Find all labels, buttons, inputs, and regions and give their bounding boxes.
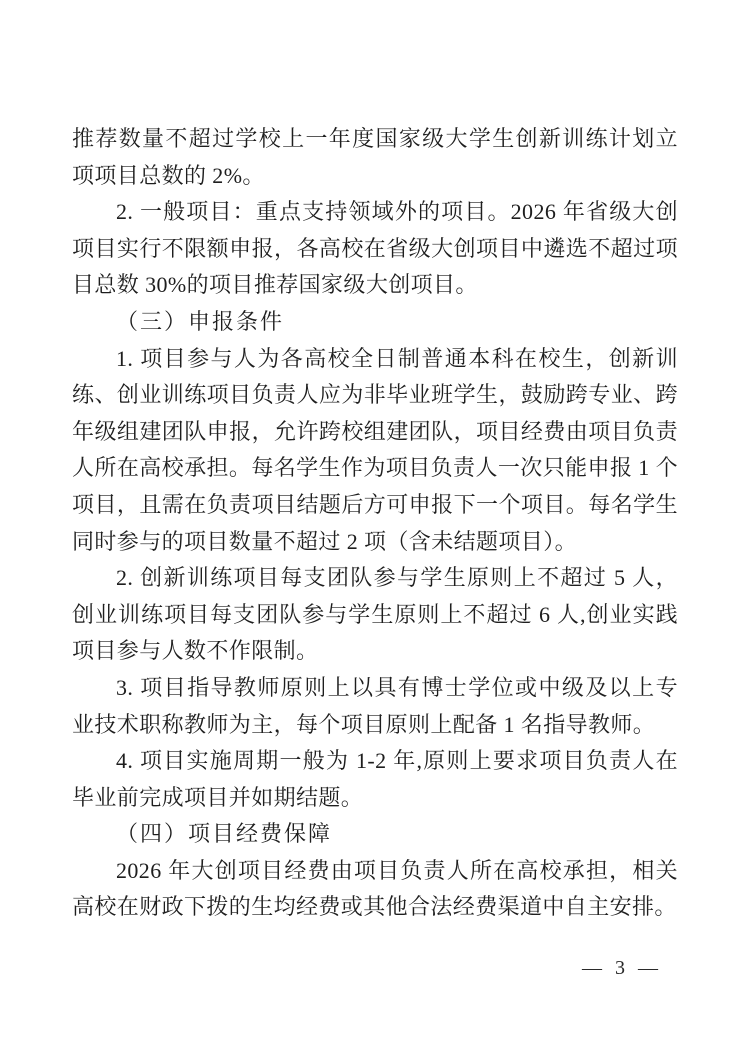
page-footer: — 3 —: [582, 953, 659, 983]
line-team-size-2: 创业训练项目每支团队参与学生原则上不超过 6 人,创业实践: [72, 597, 678, 634]
line-participants-6: 同时参与的项目数量不超过 2 项（含未结题项目）。: [72, 524, 678, 561]
line-funding-1: 2026 年大创项目经费由项目负责人所在高校承担，相关: [72, 853, 678, 890]
line-recommend-quota-1: 推荐数量不超过学校上一年度国家级大学生创新训练计划立: [72, 121, 678, 158]
line-general-projects-3: 目总数 30%的项目推荐国家级大创项目。: [72, 267, 678, 304]
line-participants-2: 练、创业训练项目负责人应为非毕业班学生，鼓励跨专业、跨: [72, 377, 678, 414]
line-advisors-2: 业技术职称教师为主，每个项目原则上配备 1 名指导教师。: [72, 707, 678, 744]
line-advisors-1: 3. 项目指导教师原则上以具有博士学位或中级及以上专: [72, 670, 678, 707]
line-general-projects-1: 2. 一般项目：重点支持领域外的项目。2026 年省级大创: [72, 194, 678, 231]
line-recommend-quota-2: 项项目总数的 2%。: [72, 158, 678, 195]
line-project-period-2: 毕业前完成项目并如期结题。: [72, 780, 678, 817]
line-funding-2: 高校在财政下拨的生均经费或其他合法经费渠道中自主安排。: [72, 889, 678, 926]
line-project-period-1: 4. 项目实施周期一般为 1-2 年,原则上要求项目负责人在: [72, 743, 678, 780]
subheading-application-conditions: （三）申报条件: [72, 304, 678, 341]
line-general-projects-2: 项目实行不限额申报，各高校在省级大创项目中遴选不超过项: [72, 231, 678, 268]
line-team-size-3: 项目参与人数不作限制。: [72, 633, 678, 670]
subheading-funding-guarantee: （四）项目经费保障: [72, 816, 678, 853]
line-participants-4: 人所在高校承担。每名学生作为项目负责人一次只能申报 1 个: [72, 450, 678, 487]
page-number: — 3 —: [582, 957, 659, 979]
line-participants-3: 年级组建团队申报，允许跨校组建团队，项目经费由项目负责: [72, 414, 678, 451]
document-page: 推荐数量不超过学校上一年度国家级大学生创新训练计划立 项项目总数的 2%。 2.…: [0, 0, 749, 1059]
line-participants-5: 项目，且需在负责项目结题后方可申报下一个项目。每名学生: [72, 487, 678, 524]
document-body: 推荐数量不超过学校上一年度国家级大学生创新训练计划立 项项目总数的 2%。 2.…: [72, 121, 678, 926]
line-team-size-1: 2. 创新训练项目每支团队参与学生原则上不超过 5 人，: [72, 560, 678, 597]
line-participants-1: 1. 项目参与人为各高校全日制普通本科在校生，创新训: [72, 341, 678, 378]
